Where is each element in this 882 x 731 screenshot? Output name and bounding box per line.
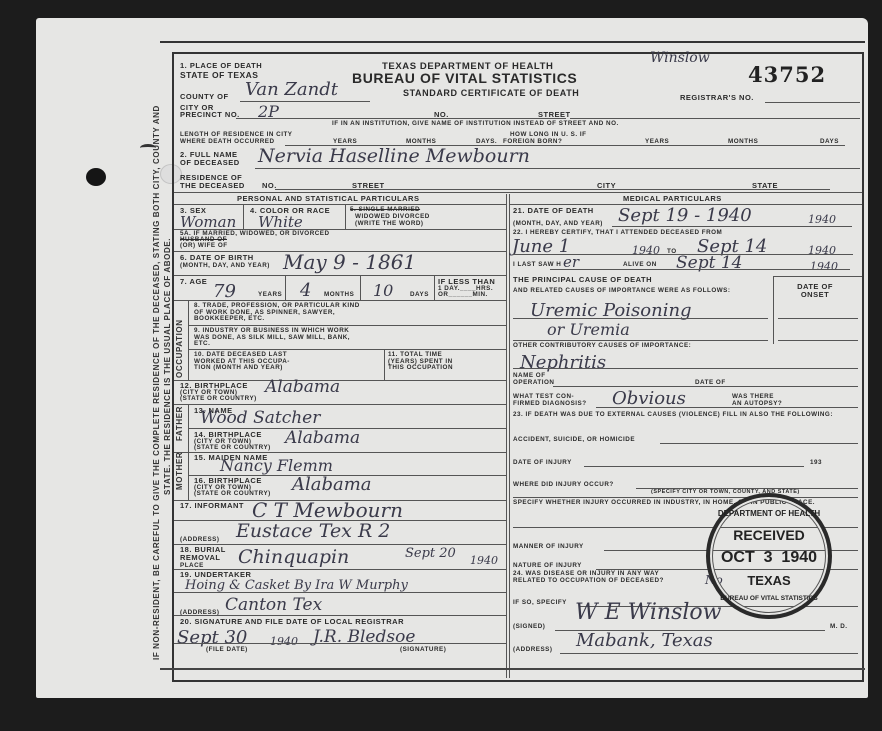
father-birthplace: Alabama — [285, 428, 360, 448]
date-of-death: Sept 19 - 1940 — [618, 205, 752, 226]
physician-signature: W E Winslow — [575, 600, 722, 625]
street-label: STREET — [538, 111, 571, 119]
medical-section-title: MEDICAL PARTICULARS — [623, 195, 722, 203]
stamp-arc-top: DEPARTMENT OF HEALTH — [710, 509, 828, 518]
stamp-date: OCT 3 1940 — [710, 549, 828, 567]
received-stamp: DEPARTMENT OF HEALTH RECEIVED OCT 3 1940… — [706, 493, 832, 619]
informant-name: C T Mewbourn — [252, 498, 403, 522]
birthplace-value: Alabama — [265, 377, 340, 397]
undertaker-address: Canton Tex — [225, 595, 322, 615]
burial-place: Chinquapin — [238, 546, 349, 568]
margin-note-line2: STATE. THE RESIDENCE IS THE USUAL PLACE … — [163, 238, 172, 495]
burial-year: 1940 — [470, 554, 498, 567]
stamp-state: TEXAS — [710, 573, 828, 588]
place-of-death-label: 1. PLACE OF DEATH — [180, 62, 262, 70]
age-years: 79 — [213, 281, 236, 302]
personal-section-title: PERSONAL AND STATISTICAL PARTICULARS — [237, 195, 419, 203]
county-label: COUNTY OF — [180, 93, 229, 101]
precinct-value: 2P — [258, 102, 279, 121]
last-seen-alive: Sept 14 — [676, 253, 742, 273]
margin-note-line1: IF NON-RESIDENT, BE CAREFUL TO GIVE THE … — [152, 105, 161, 660]
certificate-number: 43752 — [748, 62, 826, 87]
mother-birthplace: Alabama — [292, 474, 372, 495]
institution-note: IF IN AN INSTITUTION, GIVE NAME OF INSTI… — [332, 121, 619, 128]
date-of-birth: May 9 - 1861 — [283, 250, 416, 274]
bureau-title: BUREAU OF VITAL STATISTICS — [352, 70, 577, 86]
informant-address: Eustace Tex R 2 — [236, 520, 390, 542]
age-days: 10 — [373, 281, 393, 300]
file-date: Sept 30 — [177, 627, 247, 648]
registrar-signature: J.R. Bledsoe — [313, 627, 415, 647]
deceased-name: Nervia Haselline Mewbourn — [258, 145, 530, 167]
stamp-arc-bottom: BUREAU OF VITAL STATISTICS — [710, 595, 828, 602]
punch-hole — [86, 168, 106, 186]
father-name: Wood Satcher — [200, 408, 320, 428]
no-label: NO. — [434, 111, 449, 119]
test-confirmed-diagnosis: Obvious — [612, 388, 686, 409]
age-months: 4 — [300, 280, 311, 301]
stamp-received: RECEIVED — [710, 527, 828, 543]
contributory-cause: Nephritis — [520, 352, 606, 373]
registrar-handwritten: Winslow — [650, 50, 710, 66]
bottom-rule — [160, 668, 865, 670]
burial-date: Sept 20 — [405, 546, 456, 561]
top-rule — [160, 41, 865, 43]
county-value: Van Zandt — [245, 79, 338, 100]
mother-maiden-name: Nancy Flemm — [220, 456, 333, 475]
registrar-no-label: REGISTRAR'S NO. — [680, 94, 754, 102]
of-deceased-label: OF DECEASED — [180, 159, 240, 167]
undertaker-name: Hoing & Casket By Ira W Murphy — [185, 578, 408, 593]
principal-cause-line2: or Uremia — [547, 320, 630, 339]
file-year: 1940 — [270, 635, 298, 648]
precinct-label: PRECINCT NO. — [180, 111, 240, 119]
physician-address: Mabank, Texas — [576, 630, 713, 651]
certificate-subtitle: STANDARD CERTIFICATE OF DEATH — [403, 88, 579, 98]
